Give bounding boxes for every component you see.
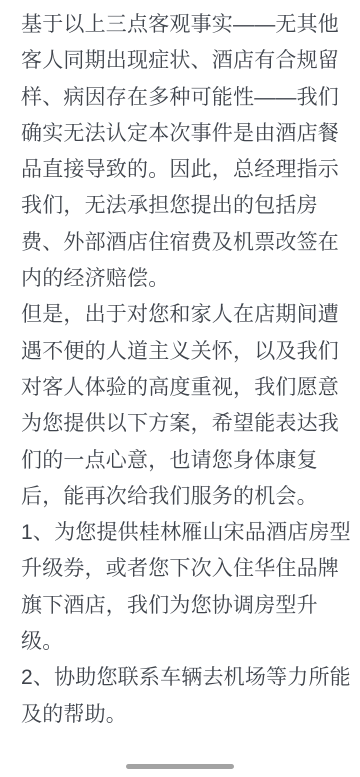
home-indicator-bar[interactable] xyxy=(126,764,234,769)
paragraph: 但是，出于对您和家人在店期间遭遇不便的人道主义关怀，以及我们对客人体验的高度重视… xyxy=(21,297,351,515)
text-line: 升级券，或者您下次入住华住品牌 xyxy=(21,551,351,587)
text-line: 费、外部酒店住宿费及机票改签在 xyxy=(21,225,351,261)
text-line: 1、为您提供桂林雁山宋品酒店房型 xyxy=(21,515,351,551)
text-line: 级。 xyxy=(21,624,351,660)
text-line: 内的经济赔偿。 xyxy=(21,261,351,297)
text-line: 确实无法认定本次事件是由酒店餐 xyxy=(21,116,351,152)
text-line: 品直接导致的。因此，总经理指示 xyxy=(21,152,351,188)
paragraph: 2、协助您联系车辆去机场等力所能及的帮助。 xyxy=(21,660,351,733)
text-line: 及的帮助。 xyxy=(21,697,351,733)
paragraph: 基于以上三点客观事实——无其他客人同期出现症状、酒店有合规留样、病因存在多种可能… xyxy=(21,7,351,297)
text-line: 为您提供以下方案，希望能表达我 xyxy=(21,406,351,442)
text-line: 基于以上三点客观事实——无其他 xyxy=(21,7,351,43)
text-line: 我们，无法承担您提出的包括房 xyxy=(21,188,351,224)
text-line: 旗下酒店，我们为您协调房型升 xyxy=(21,588,351,624)
text-line: 对客人体验的高度重视，我们愿意 xyxy=(21,370,351,406)
paragraph: 1、为您提供桂林雁山宋品酒店房型升级券，或者您下次入住华住品牌旗下酒店，我们为您… xyxy=(21,515,351,660)
message-text: 基于以上三点客观事实——无其他客人同期出现症状、酒店有合规留样、病因存在多种可能… xyxy=(21,7,351,733)
text-line: 们的一点心意，也请您身体康复 xyxy=(21,443,351,479)
phone-screen: 基于以上三点客观事实——无其他客人同期出现症状、酒店有合规留样、病因存在多种可能… xyxy=(0,0,360,777)
text-line: 但是，出于对您和家人在店期间遭 xyxy=(21,297,351,333)
text-line: 2、协助您联系车辆去机场等力所能 xyxy=(21,660,351,696)
text-line: 样、病因存在多种可能性——我们 xyxy=(21,80,351,116)
text-line: 遇不便的人道主义关怀，以及我们 xyxy=(21,334,351,370)
text-line: 后，能再次给我们服务的机会。 xyxy=(21,479,351,515)
text-line: 客人同期出现症状、酒店有合规留 xyxy=(21,43,351,79)
